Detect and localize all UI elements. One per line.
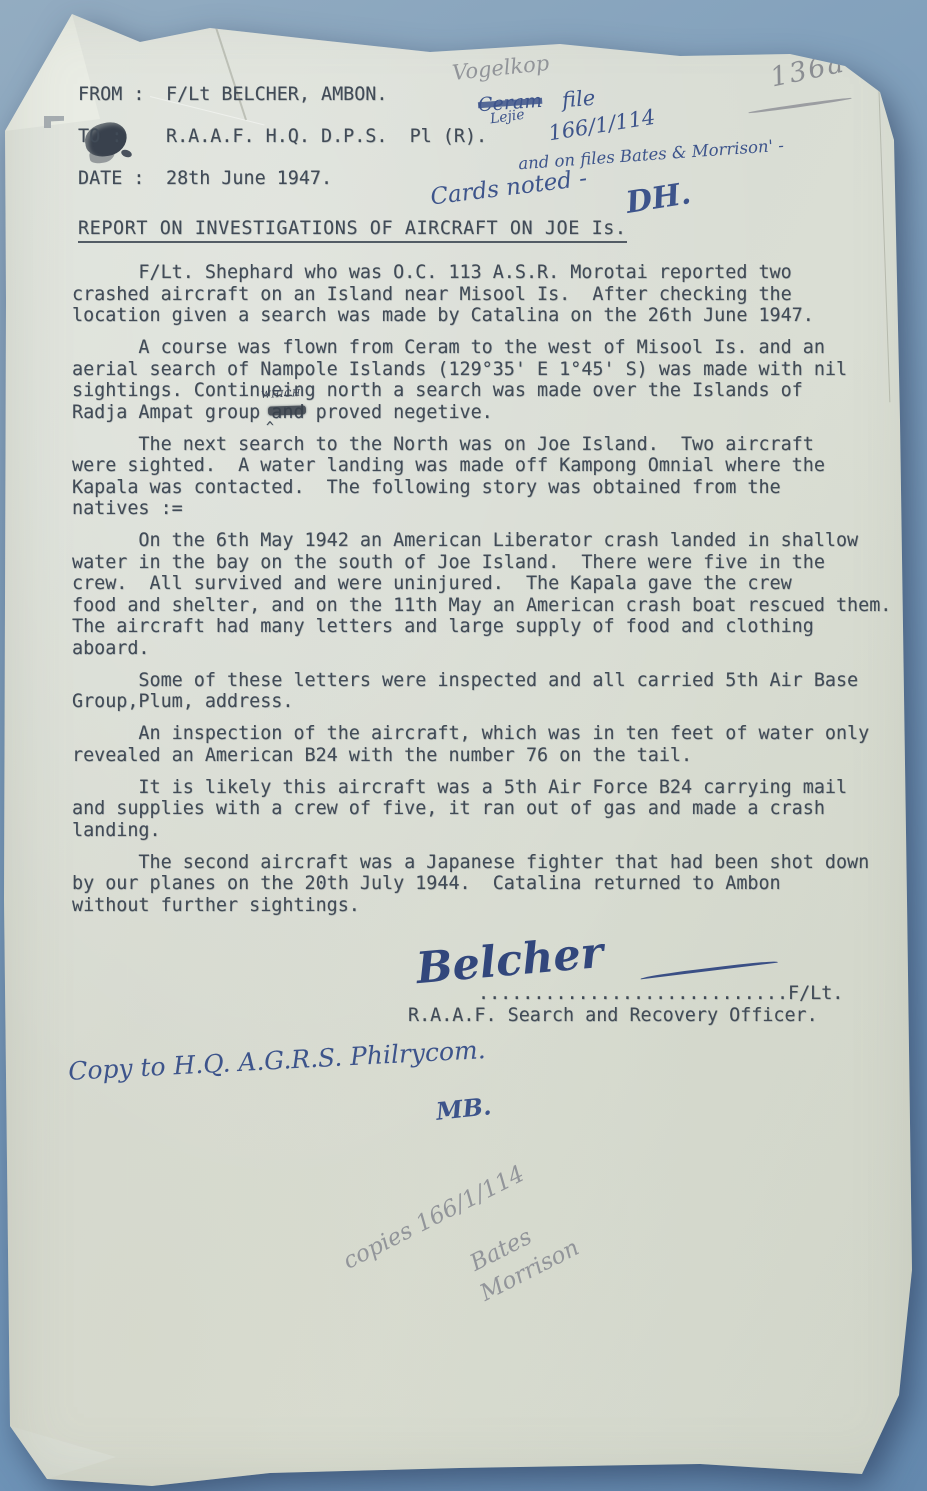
- ink-note-lejie: Lejie: [489, 107, 526, 128]
- corner-file-number: 136a: [768, 47, 848, 93]
- typed-line: without further sightings.: [72, 895, 891, 917]
- ink-copy-note: Copy to H.Q. A.G.R.S. Philrycom.: [68, 1035, 487, 1086]
- typed-line: It is likely this aircraft was a 5th Air…: [72, 777, 891, 799]
- typed-line: aboard.: [72, 638, 891, 660]
- signature-flourish: [640, 960, 777, 979]
- typed-line: On the 6th May 1942 an American Liberato…: [72, 530, 891, 552]
- scanned-page: 136a FROM :F/Lt BELCHER, AMBON. TO :R.A.…: [0, 0, 927, 1491]
- typed-line: Radja Ampat group and proved negetive.: [72, 402, 891, 424]
- signature-rank-line: ............................F/Lt.: [478, 983, 843, 1005]
- typed-body: F/Lt. Shephard who was O.C. 113 A.S.R. M…: [72, 262, 891, 927]
- insert-caret: ^: [266, 417, 274, 439]
- pencil-note-vogelkop: Vogelkop: [451, 51, 550, 85]
- to-label: TO :: [78, 126, 166, 148]
- typed-line: were sighted. A water landing was made o…: [72, 455, 891, 477]
- typed-line: Some of these letters were inspected and…: [72, 670, 891, 692]
- typed-paragraph: It is likely this aircraft was a 5th Air…: [72, 777, 891, 842]
- typed-line: Group,Plum, address.: [72, 691, 891, 713]
- typed-line: location given a search was made by Cata…: [72, 305, 891, 327]
- ink-cards-note: Cards noted -: [429, 166, 588, 211]
- typed-line: crashed aircraft on an Island near Misoo…: [72, 284, 891, 306]
- typed-line: F/Lt. Shephard who was O.C. 113 A.S.R. M…: [72, 262, 891, 284]
- typed-line: water in the bay on the south of Joe Isl…: [72, 552, 891, 574]
- typed-line: sightings. Continueing north a search wa…: [72, 380, 891, 402]
- typed-line: The aircraft had many letters and large …: [72, 616, 891, 638]
- typed-paragraph: An inspection of the aircraft, which was…: [72, 723, 891, 766]
- grey-smudge: [44, 116, 64, 128]
- corner-number-underline: [748, 97, 851, 114]
- header-from-row: FROM :F/Lt BELCHER, AMBON.: [78, 84, 387, 106]
- signature-role: R.A.A.F. Search and Recovery Officer.: [408, 1005, 818, 1027]
- ink-blot-dot: [120, 148, 133, 158]
- ink-initials: DH.: [624, 176, 693, 221]
- typed-line: revealed an American B24 with the number…: [72, 745, 891, 767]
- header-to-row: TO :R.A.A.F. H.Q. D.P.S. Pl (R).: [78, 126, 487, 148]
- paper-crease: [215, 27, 247, 121]
- typed-line: Kapala was contacted. The following stor…: [72, 477, 891, 499]
- to-value: R.A.A.F. H.Q. D.P.S. Pl (R).: [166, 126, 487, 147]
- typed-line: The second aircraft was a Japanese fight…: [72, 852, 891, 874]
- typed-line: and supplies with a crew of five, it ran…: [72, 798, 891, 820]
- typed-paragraph: The second aircraft was a Japanese fight…: [72, 852, 891, 917]
- ink-copy-initials: MB.: [435, 1091, 493, 1126]
- typed-line: natives :=: [72, 498, 891, 520]
- from-label: FROM :: [78, 84, 166, 106]
- date-label: DATE :: [78, 168, 166, 190]
- typed-line: The next search to the North was on Joe …: [72, 434, 891, 456]
- typed-paragraph: The next search to the North was on Joe …: [72, 434, 891, 520]
- ink-note-file: file: [561, 86, 596, 113]
- scanned-page-wrapper: 136a FROM :F/Lt BELCHER, AMBON. TO :R.A.…: [0, 0, 927, 1491]
- from-value: F/Lt BELCHER, AMBON.: [166, 84, 387, 105]
- header-date-row: DATE :28th June 1947.: [78, 168, 332, 190]
- date-value: 28th June 1947.: [166, 168, 332, 189]
- typed-line: crew. All survived and were uninjured. T…: [72, 573, 891, 595]
- typed-line: A course was flown from Ceram to the wes…: [72, 337, 891, 359]
- strikethrough-mark: [268, 405, 306, 415]
- typed-line: An inspection of the aircraft, which was…: [72, 723, 891, 745]
- typed-paragraph: On the 6th May 1942 an American Liberato…: [72, 530, 891, 659]
- typed-line: by our planes on the 20th July 1944. Cat…: [72, 873, 891, 895]
- typed-line: food and shelter, and on the 11th May an…: [72, 595, 891, 617]
- typed-paragraph: F/Lt. Shephard who was O.C. 113 A.S.R. M…: [72, 262, 891, 327]
- report-title: REPORT ON INVESTIGATIONS OF AIRCRAFT ON …: [78, 218, 627, 243]
- typed-line: aerial search of Nampole Islands (129°35…: [72, 359, 891, 381]
- typed-paragraph: Some of these letters were inspected and…: [72, 670, 891, 713]
- handwritten-insert-which: WHICH: [261, 388, 301, 401]
- typed-paragraph: A course was flown from Ceram to the wes…: [72, 337, 891, 423]
- typed-line: landing.: [72, 820, 891, 842]
